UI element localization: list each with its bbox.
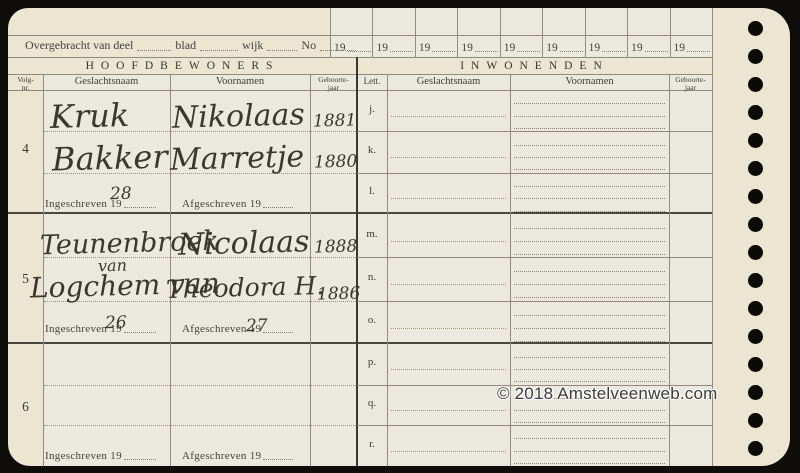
writing-line	[391, 328, 506, 329]
writing-line	[514, 451, 665, 452]
handwritten-birthyear: 1881	[313, 110, 357, 131]
handwritten-afgeschreven-year: 27	[246, 316, 268, 337]
dotted-leader	[560, 41, 583, 52]
punch-hole	[748, 133, 763, 148]
writing-line	[391, 369, 506, 370]
writing-line	[514, 328, 665, 329]
writing-line	[514, 241, 665, 242]
dotted-leader	[267, 40, 297, 51]
year-label: 19	[461, 42, 473, 54]
handwritten-firstnames: Theodora H.	[166, 271, 325, 304]
year-label: 19	[546, 42, 558, 54]
dotted-leader	[645, 41, 668, 52]
punch-hole	[748, 357, 763, 372]
handwritten-firstnames: Nicolaas	[178, 224, 310, 262]
handwritten-firstnames: Marretje	[170, 139, 305, 177]
dotted-leader	[602, 41, 625, 52]
transfer-line: Overgebracht van deel blad wijk No	[25, 38, 360, 53]
section-divider	[8, 212, 712, 215]
year-cell-border	[670, 8, 671, 57]
punch-hole	[748, 273, 763, 288]
writing-line	[514, 198, 665, 199]
ingeschreven-line: Ingeschreven 19	[45, 197, 160, 210]
copyright-watermark: © 2018 Amstelveenweb.com	[497, 384, 718, 404]
ingeschreven-line: Ingeschreven 19	[45, 322, 160, 335]
punch-hole	[748, 385, 763, 400]
writing-line	[514, 116, 665, 117]
column-header-geslachtsnaam-right: Geslachtsnaam	[387, 74, 510, 89]
register-scan-photo: 191919191919191919j.k.l.m.n.o.p.q.r. Ove…	[0, 0, 800, 473]
dotted-leader	[137, 40, 171, 51]
inwonenden-letter: j.	[357, 103, 387, 115]
writing-line	[391, 116, 506, 117]
rule-vertical	[510, 74, 511, 467]
year-cell-border	[585, 8, 586, 57]
dotted-leader	[390, 41, 413, 52]
dotted-leader	[475, 41, 498, 52]
dotted-leader	[517, 41, 540, 52]
afgeschreven-line: Afgeschreven 19	[182, 449, 297, 462]
transfer-label-blad: blad	[175, 38, 196, 53]
section-title-inwonenden: INWONENDEN	[357, 60, 712, 72]
writing-line	[514, 381, 665, 382]
row-number: 4	[8, 141, 43, 157]
column-header-lett: Lett.	[357, 74, 387, 89]
row-divider	[357, 131, 712, 132]
writing-line	[514, 284, 665, 285]
dotted-leader	[263, 449, 293, 460]
writing-line	[44, 385, 356, 386]
dotted-leader	[263, 197, 293, 208]
punch-hole	[748, 189, 763, 204]
column-header-volgnr: Volg- nr.	[8, 76, 43, 91]
year-cell: 19	[376, 41, 413, 54]
column-header-geboortejaar-left-line2: jaar	[310, 84, 357, 92]
rule-horizontal	[8, 35, 712, 36]
writing-line	[391, 157, 506, 158]
writing-line	[514, 254, 665, 255]
year-label: 19	[631, 42, 643, 54]
writing-line	[514, 271, 665, 272]
punch-hole	[748, 21, 763, 36]
dotted-leader	[320, 40, 356, 51]
inwonenden-letter: r.	[357, 438, 387, 450]
inwonenden-letter: k.	[357, 144, 387, 156]
row-divider	[357, 257, 712, 258]
writing-line	[514, 410, 665, 411]
afgeschreven-label: Afgeschreven 19	[182, 450, 261, 462]
writing-line	[514, 169, 665, 170]
year-cell: 19	[461, 41, 498, 54]
writing-line	[514, 315, 665, 316]
punch-hole	[748, 329, 763, 344]
handwritten-birthyear: 1880	[314, 151, 358, 172]
dotted-leader	[687, 41, 710, 52]
year-cell-border	[415, 8, 416, 57]
inwonenden-letter: o.	[357, 314, 387, 326]
section-divider	[8, 342, 712, 345]
punch-hole	[748, 49, 763, 64]
dotted-leader	[124, 322, 156, 333]
ingeschreven-line: Ingeschreven 19	[45, 449, 160, 462]
year-cell-border	[542, 8, 543, 57]
row-divider	[357, 173, 712, 174]
rule-horizontal	[8, 57, 712, 58]
dotted-leader	[432, 41, 455, 52]
row-number: 6	[8, 399, 43, 415]
year-cell-border	[457, 8, 458, 57]
afgeschreven-line: Afgeschreven 19	[182, 322, 297, 335]
writing-line	[514, 128, 665, 129]
punch-hole	[748, 441, 763, 456]
handwritten-birthyear: 1886	[317, 283, 361, 304]
rule-vertical	[310, 74, 311, 467]
ingeschreven-label: Ingeschreven 19	[45, 450, 122, 462]
writing-line	[391, 410, 506, 411]
afgeschreven-line: Afgeschreven 19	[182, 197, 297, 210]
row-divider	[357, 425, 712, 426]
year-label: 19	[419, 42, 431, 54]
rule-horizontal	[8, 90, 712, 91]
inwonenden-letter: q.	[357, 397, 387, 409]
writing-line	[514, 186, 665, 187]
writing-line	[514, 341, 665, 342]
writing-line	[391, 198, 506, 199]
rule-vertical	[669, 74, 670, 467]
afgeschreven-label: Afgeschreven 19	[182, 198, 261, 210]
dotted-leader	[200, 40, 238, 51]
writing-line	[514, 357, 665, 358]
year-cell-border	[500, 8, 501, 57]
writing-line	[391, 451, 506, 452]
year-cell: 19	[674, 41, 711, 54]
year-cell: 19	[419, 41, 456, 54]
writing-line	[391, 284, 506, 285]
punch-hole	[748, 301, 763, 316]
rule-vertical	[387, 74, 388, 467]
writing-line	[514, 211, 665, 212]
writing-line	[514, 157, 665, 158]
column-header-voornamen-right: Voornamen	[510, 74, 669, 89]
transfer-label-wijk: wijk	[242, 38, 263, 53]
year-cell: 19	[631, 41, 668, 54]
inwonenden-letter: n.	[357, 271, 387, 283]
section-title-hoofdbewoners: HOOFDBEWONERS	[8, 60, 357, 72]
writing-line	[514, 422, 665, 423]
year-cell: 19	[546, 41, 583, 54]
writing-line	[514, 438, 665, 439]
column-header-volgnr-line2: nr.	[8, 84, 43, 92]
year-label: 19	[589, 42, 601, 54]
writing-line	[44, 425, 356, 426]
handwritten-surname: Bakker	[52, 137, 169, 178]
year-label: 19	[504, 42, 516, 54]
inwonenden-letter: l.	[357, 185, 387, 197]
handwritten-surname: Kruk	[50, 96, 130, 136]
year-cell: 19	[589, 41, 626, 54]
writing-line	[514, 228, 665, 229]
handwritten-firstnames: Nikolaas	[172, 97, 306, 135]
year-label: 19	[376, 42, 388, 54]
punch-hole	[748, 161, 763, 176]
transfer-label-deel: Overgebracht van deel	[25, 38, 133, 53]
punch-hole	[748, 413, 763, 428]
column-header-voornamen-left: Voornamen	[170, 74, 310, 89]
row-divider	[357, 301, 712, 302]
handwritten-ingeschreven-year: 26	[105, 313, 127, 334]
writing-line	[391, 241, 506, 242]
transfer-label-no: No	[301, 38, 316, 53]
year-cell-border	[372, 8, 373, 57]
punch-hole	[748, 77, 763, 92]
column-header-geslachtsnaam-left: Geslachtsnaam	[43, 74, 170, 89]
punch-hole	[748, 245, 763, 260]
year-cell: 19	[504, 41, 541, 54]
inwonenden-letter: m.	[357, 228, 387, 240]
punch-hole	[748, 105, 763, 120]
writing-line	[514, 463, 665, 464]
writing-line	[514, 145, 665, 146]
writing-line	[514, 297, 665, 298]
column-header-geboortejaar-left: Geboorte- jaar	[310, 76, 357, 91]
inwonenden-letter: p.	[357, 356, 387, 368]
handwritten-birthyear: 1888	[314, 236, 358, 257]
handwritten-ingeschreven-year: 28	[110, 184, 132, 205]
writing-line	[514, 103, 665, 104]
writing-line	[514, 369, 665, 370]
year-cell-border	[627, 8, 628, 57]
column-header-geboortejaar-right-line2: jaar	[669, 84, 712, 92]
year-label: 19	[674, 42, 686, 54]
rule-vertical	[43, 74, 44, 467]
column-header-geboortejaar-right: Geboorte- jaar	[669, 76, 712, 91]
punch-hole	[748, 217, 763, 232]
dotted-leader	[124, 449, 156, 460]
